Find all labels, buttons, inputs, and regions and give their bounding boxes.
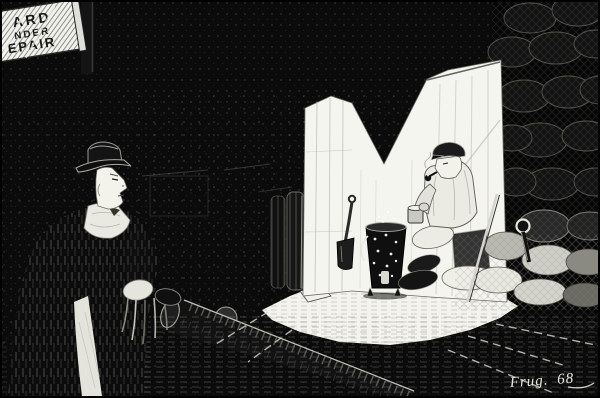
illustration-night-yard-scene: ARD NDER EPAIR <box>0 0 600 398</box>
brazier-draft-slot <box>381 271 389 284</box>
signature-year: 68 <box>557 371 575 388</box>
shovel-blade <box>337 238 354 270</box>
engraving-canvas: ARD NDER EPAIR <box>0 0 600 398</box>
spade-d-handle <box>517 220 530 233</box>
watchman-hand <box>419 203 429 211</box>
stacked-cylinders <box>271 192 304 290</box>
brazier-rim <box>366 223 406 232</box>
sack-pile-lit <box>442 232 600 310</box>
signature-name: Frug. <box>508 372 549 391</box>
